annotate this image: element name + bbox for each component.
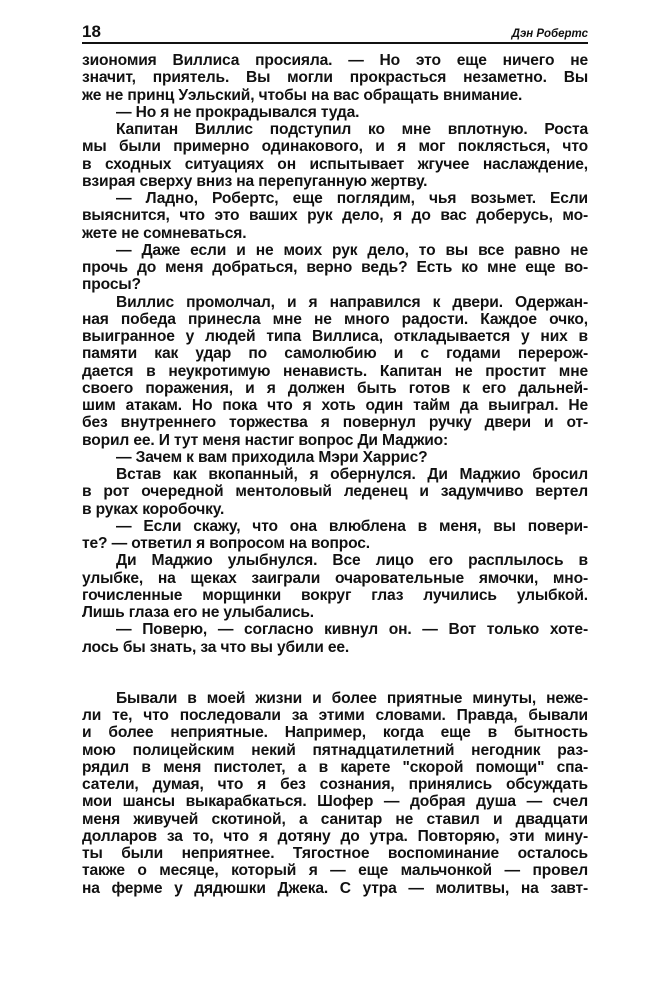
text-line: просы?	[82, 276, 588, 293]
text-line: ворил ее. И тут меня настиг вопрос Ди Ма…	[82, 432, 588, 449]
text-line: жете не сомневаться.	[82, 225, 588, 242]
page-header: 18 Дэн Робертс	[82, 22, 588, 44]
text-line: также о месяце, который я — еще мальчонк…	[82, 862, 588, 879]
text-line: взирая сверху вниз на перепуганную жертв…	[82, 173, 588, 190]
text-line: выяснится, что это ваших рук дело, я до …	[82, 207, 588, 224]
text-line: — Поверю, — согласно кивнул он. — Вот то…	[82, 621, 588, 638]
text-line: — Ладно, Робертс, еще поглядим, чья возь…	[82, 190, 588, 207]
section-break	[82, 656, 588, 690]
text-line: — Даже если и не моих рук дело, то вы вс…	[82, 242, 588, 259]
text-line: — Если скажу, что она влюблена в меня, в…	[82, 518, 588, 535]
text-line: Лишь глаза его не улыбались.	[82, 604, 588, 621]
text-line: и более неприятные. Например, когда еще …	[82, 724, 588, 741]
text-line: выигранное у людей типа Виллиса, отклады…	[82, 328, 588, 345]
body-text: зиономия Виллиса просияла. — Но это еще …	[82, 52, 588, 897]
text-line: зиономия Виллиса просияла. — Но это еще …	[82, 52, 588, 69]
text-line: Виллис промолчал, и я направился к двери…	[82, 294, 588, 311]
text-line: — Но я не прокрадывался туда.	[82, 104, 588, 121]
text-section-1: зиономия Виллиса просияла. — Но это еще …	[82, 52, 588, 656]
text-line: Встав как вкопанный, я обернулся. Ди Мад…	[82, 466, 588, 483]
text-section-2: Бывали в моей жизни и более приятные мин…	[82, 690, 588, 897]
text-line: те? — ответил я вопросом на вопрос.	[82, 535, 588, 552]
text-line: своего поражения, и я должен быть готов …	[82, 380, 588, 397]
text-line: шим атакам. Но пока что я хоть один тайм…	[82, 397, 588, 414]
text-line: сатели, думая, что я без сознания, приня…	[82, 776, 588, 793]
text-line: меня живучей скотиной, а санитар не став…	[82, 811, 588, 828]
text-line: мы были примерно одинакового, и я мог по…	[82, 138, 588, 155]
text-line: ты были неприятнее. Тягостное воспоминан…	[82, 845, 588, 862]
text-line: долларов за то, что я дотяну до утра. По…	[82, 828, 588, 845]
text-line: улыбке, на щеках заиграли очаровательные…	[82, 570, 588, 587]
text-line: лось бы знать, за что вы убили ее.	[82, 639, 588, 656]
text-line: мою полицейским некий пятнадцатилетний н…	[82, 742, 588, 759]
text-line: на ферме у дядюшки Джека. С утра — молит…	[82, 880, 588, 897]
text-line: в руках коробочку.	[82, 501, 588, 518]
text-line: мои шансы выкарабкаться. Шофер — добрая …	[82, 793, 588, 810]
text-line: гочисленные морщинки вокруг глаз лучилис…	[82, 587, 588, 604]
text-line: прочь до меня добраться, верно ведь? Ест…	[82, 259, 588, 276]
text-line: Капитан Виллис подступил ко мне вплотную…	[82, 121, 588, 138]
page-number: 18	[82, 23, 101, 40]
text-line: в сходных ситуациях он испытывает жгучее…	[82, 156, 588, 173]
text-line: в рот очередной ментоловый леденец и зад…	[82, 483, 588, 500]
text-line: Ди Маджио улыбнулся. Все лицо его расплы…	[82, 552, 588, 569]
text-line: ли те, что последовали за этими словами.…	[82, 707, 588, 724]
text-line: ная победа принесла мне не много радости…	[82, 311, 588, 328]
text-line: дается в неукротимую ненависть. Капитан …	[82, 363, 588, 380]
text-line: рядил в меня пистолет, а в карете "скоро…	[82, 759, 588, 776]
text-line: же не принц Уэльский, чтобы на вас обращ…	[82, 87, 588, 104]
running-title-author: Дэн Робертс	[512, 28, 588, 40]
text-line: без внутреннего торжества я повернул руч…	[82, 414, 588, 431]
text-line: памяти как удар по самолюбию и с годами …	[82, 345, 588, 362]
text-line: — Зачем к вам приходила Мэри Харрис?	[82, 449, 588, 466]
text-line: значит, приятель. Вы могли прокрасться н…	[82, 69, 588, 86]
book-page: 18 Дэн Робертс зиономия Виллиса просияла…	[82, 22, 588, 897]
text-line: Бывали в моей жизни и более приятные мин…	[82, 690, 588, 707]
